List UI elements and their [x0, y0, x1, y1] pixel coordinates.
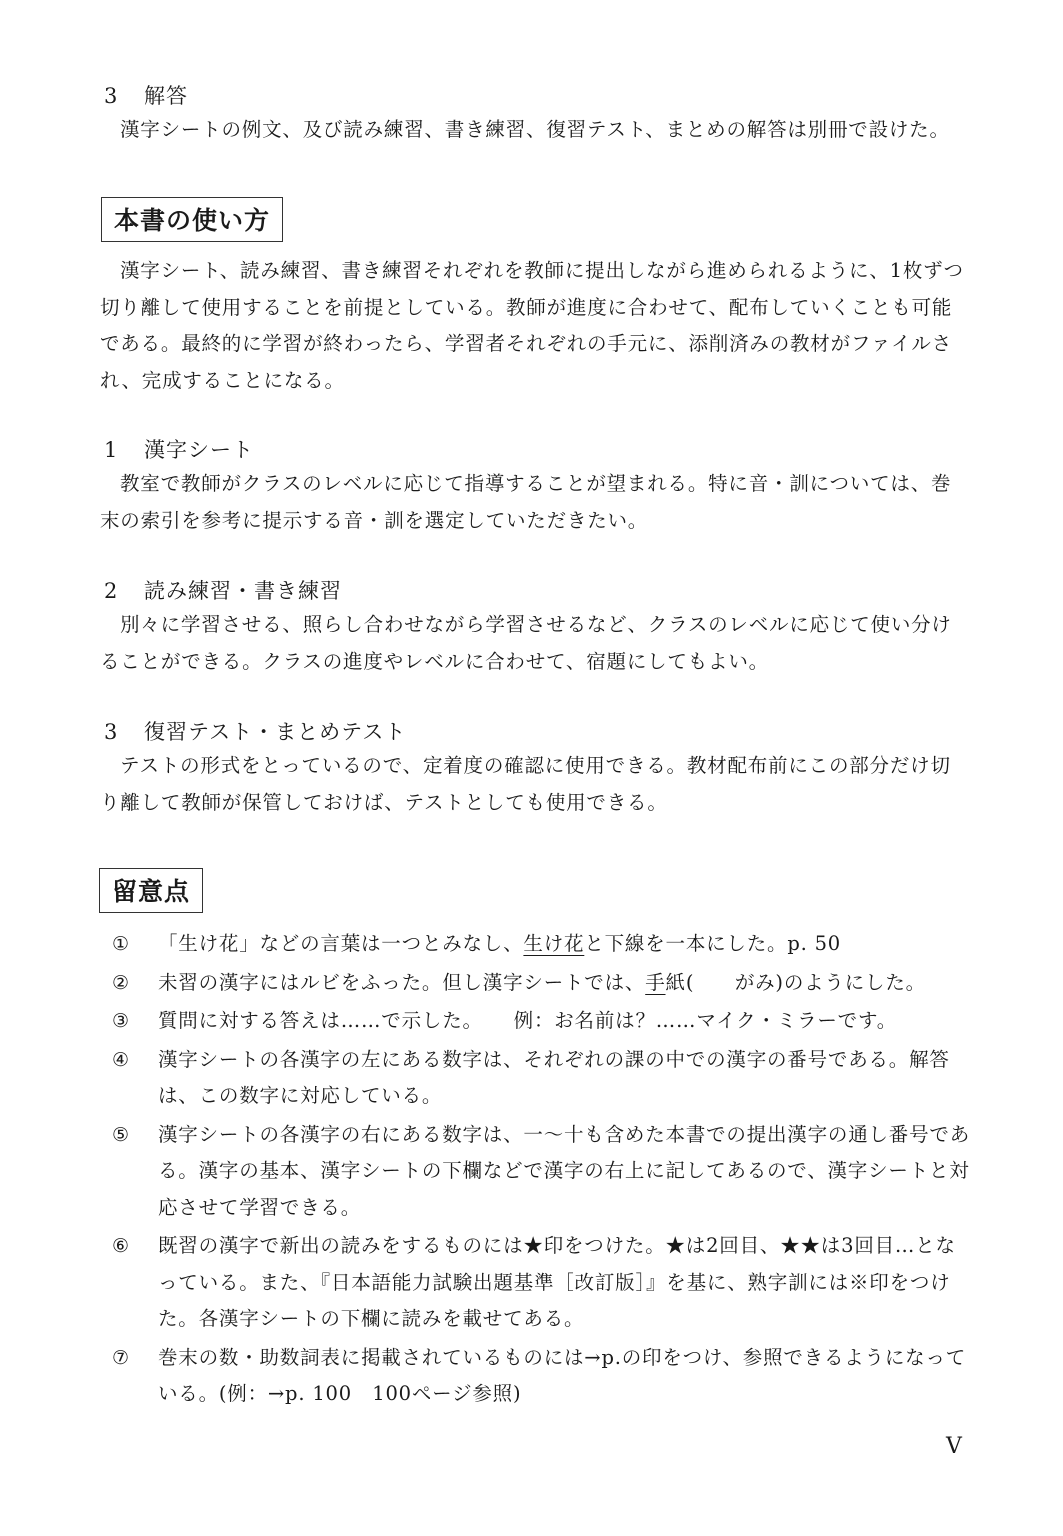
note-text: 漢字シートの各漢字の左にある数字は、それぞれの課の中での漢字の番号である。解答は…: [158, 1042, 972, 1115]
answers-heading-number: 3: [104, 84, 144, 108]
note-text: 既習の漢字で新出の読みをするものには★印をつけた。★は2回目、★★は3回目…とな…: [158, 1228, 972, 1338]
answers-heading: 3解答: [104, 80, 188, 110]
note-item-2: ② 未習の漢字にはルビをふった。但し漢字シートでは、手紙( がみ)のようにした。: [112, 965, 972, 1002]
section-body-reading-writing: 別々に学習させる、照らし合わせながら学習させるなど、クラスのレベルに応じて使い分…: [100, 607, 970, 680]
note-marker: ④: [112, 1042, 158, 1115]
section-body-tests: テストの形式をとっているので、定着度の確認に使用できる。教材配布前にこの部分だけ…: [100, 748, 970, 821]
note-marker: ②: [112, 965, 158, 1002]
note-marker: ①: [112, 926, 158, 963]
note-text: 巻末の数・助数詞表に掲載されているものには→p.の印をつけ、参照できるようになっ…: [158, 1340, 972, 1413]
section-title: 漢字シート: [144, 438, 254, 462]
note-text: 漢字シートの各漢字の右にある数字は、一～十も含めた本書での提出漢字の通し番号であ…: [158, 1117, 972, 1227]
note-text-pre: 「生け花」などの言葉は一つとみなし、: [158, 932, 523, 955]
note-text: 「生け花」などの言葉は一つとみなし、生け花と下線を一本にした。p. 50: [158, 926, 972, 963]
note-marker: ⑤: [112, 1117, 158, 1227]
note-marker: ③: [112, 1003, 158, 1040]
note-text-post: と下線を一本にした。p. 50: [584, 932, 841, 955]
note-item-5: ⑤ 漢字シートの各漢字の右にある数字は、一～十も含めた本書での提出漢字の通し番号…: [112, 1117, 972, 1227]
section-title: 復習テスト・まとめテスト: [144, 720, 406, 744]
note-text-post: 紙( がみ)のようにした。: [666, 971, 926, 994]
page-number: V: [946, 1434, 962, 1459]
section-number: 3: [104, 720, 144, 744]
section-title: 読み練習・書き練習: [144, 579, 342, 603]
section-body-kanji-sheet: 教室で教師がクラスのレベルに応じて指導することが望まれる。特に音・訓については、…: [100, 466, 970, 539]
note-underlined-word: 生け花: [523, 932, 584, 955]
note-text: 質問に対する答えは……で示した。 例：お名前は？……マイク・ミラーです。: [158, 1003, 972, 1040]
note-item-3: ③ 質問に対する答えは……で示した。 例：お名前は？……マイク・ミラーです。: [112, 1003, 972, 1040]
note-item-1: ① 「生け花」などの言葉は一つとみなし、生け花と下線を一本にした。p. 50: [112, 926, 972, 963]
document-page: 3解答 漢字シートの例文、及び読み練習、書き練習、復習テスト、まとめの解答は別冊…: [0, 0, 1063, 1536]
note-text-pre: 未習の漢字にはルビをふった。但し漢字シートでは、: [158, 971, 645, 994]
answers-body: 漢字シートの例文、及び読み練習、書き練習、復習テスト、まとめの解答は別冊で設けた…: [100, 112, 970, 149]
section-heading-reading-writing: 2読み練習・書き練習: [104, 575, 342, 605]
section-heading-kanji-sheet: 1漢字シート: [104, 434, 254, 464]
note-text: 未習の漢字にはルビをふった。但し漢字シートでは、手紙( がみ)のようにした。: [158, 965, 972, 1002]
how-to-use-intro: 漢字シート、読み練習、書き練習それぞれを教師に提出しながら進められるように、1枚…: [100, 253, 970, 399]
notes-heading: 留意点: [99, 868, 203, 913]
note-marker: ⑦: [112, 1340, 158, 1413]
note-item-7: ⑦ 巻末の数・助数詞表に掲載されているものには→p.の印をつけ、参照できるように…: [112, 1340, 972, 1413]
section-body-text: 教室で教師がクラスのレベルに応じて指導することが望まれる。特に音・訓については、…: [100, 472, 951, 532]
how-to-use-intro-text: 漢字シート、読み練習、書き練習それぞれを教師に提出しながら進められるように、1枚…: [100, 259, 964, 392]
section-body-text: テストの形式をとっているので、定着度の確認に使用できる。教材配布前にこの部分だけ…: [100, 754, 951, 814]
note-marker: ⑥: [112, 1228, 158, 1338]
section-body-text: 別々に学習させる、照らし合わせながら学習させるなど、クラスのレベルに応じて使い分…: [100, 613, 952, 673]
section-heading-tests: 3復習テスト・まとめテスト: [104, 716, 406, 746]
how-to-use-heading: 本書の使い方: [101, 197, 283, 242]
notes-list: ① 「生け花」などの言葉は一つとみなし、生け花と下線を一本にした。p. 50 ②…: [112, 926, 972, 1415]
answers-heading-title: 解答: [144, 84, 188, 108]
section-number: 1: [104, 438, 144, 462]
section-number: 2: [104, 579, 144, 603]
answers-body-text: 漢字シートの例文、及び読み練習、書き練習、復習テスト、まとめの解答は別冊で設けた…: [120, 118, 950, 141]
note-item-4: ④ 漢字シートの各漢字の左にある数字は、それぞれの課の中での漢字の番号である。解…: [112, 1042, 972, 1115]
note-underlined-word: 手: [645, 971, 665, 994]
note-item-6: ⑥ 既習の漢字で新出の読みをするものには★印をつけた。★は2回目、★★は3回目……: [112, 1228, 972, 1338]
